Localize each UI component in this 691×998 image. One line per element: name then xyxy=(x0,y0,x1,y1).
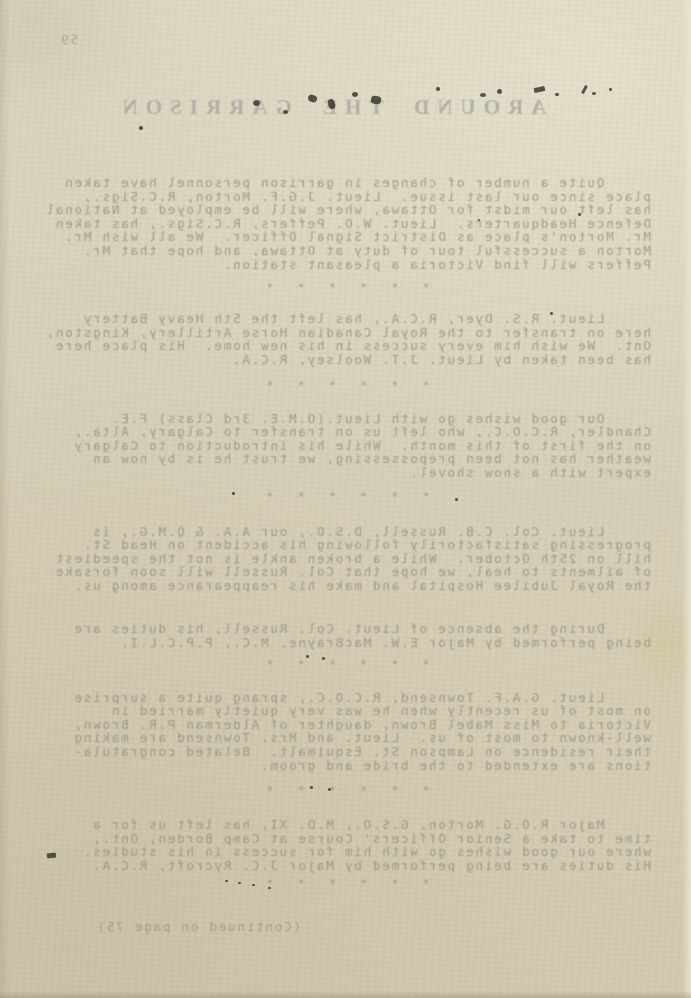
ink-speck xyxy=(139,126,143,130)
ink-speck xyxy=(478,219,480,221)
section-separator: * * * * * * xyxy=(36,786,651,796)
ink-speck xyxy=(455,498,458,501)
ink-speck xyxy=(306,655,309,658)
ink-speck xyxy=(370,95,381,104)
ink-speck xyxy=(310,786,313,789)
ink-speck xyxy=(225,880,228,882)
ink-speck xyxy=(238,882,241,884)
ink-speck xyxy=(328,788,331,791)
body-paragraph: Quite a number of changes in garrison pe… xyxy=(36,176,651,271)
page-number: 59 xyxy=(60,32,78,47)
ink-speck xyxy=(322,657,325,660)
ink-speck xyxy=(550,312,553,315)
ink-speck xyxy=(47,853,56,859)
paper-edge-highlight xyxy=(682,0,691,998)
body-paragraph: Major R.O.G. Morton, G.S.O., M.D. XI, ha… xyxy=(36,818,651,872)
ink-speck xyxy=(436,87,440,91)
continuation-note: (Continued on page 75) xyxy=(36,919,301,934)
ink-speck xyxy=(609,88,612,91)
bleed-through-layer: 59 AROUND THE GARRISON Quite a number of… xyxy=(0,0,691,998)
section-separator: * * * * * * xyxy=(36,492,651,502)
ink-speck xyxy=(497,89,502,94)
ink-speck xyxy=(352,92,358,97)
section-separator: * * * * * * xyxy=(36,879,651,889)
body-paragraph: Lieut. R.S. Dyer, R.C.A., has left the 5… xyxy=(36,312,651,366)
ink-speck xyxy=(592,92,596,95)
body-paragraph: Our good wishes go with Lieut.(O.M.E. 3r… xyxy=(36,412,651,480)
ink-speck xyxy=(253,100,260,106)
document-page: 59 AROUND THE GARRISON Quite a number of… xyxy=(0,0,691,998)
body-paragraph: Lieut. Col. C.B. Russell, D.S.O., our A.… xyxy=(36,525,651,593)
ink-speck xyxy=(283,110,288,114)
section-separator: * * * * * * xyxy=(36,381,651,391)
body-paragraph: Lieut. G.A.F. Townsend, R.C.O.C., sprang… xyxy=(36,691,651,773)
ink-speck xyxy=(232,492,235,495)
paper-edge-shadow xyxy=(0,0,10,998)
body-paragraph: During the absence of Lieut. Col. Russel… xyxy=(36,622,651,649)
ink-speck xyxy=(578,213,581,216)
ink-speck xyxy=(480,93,486,97)
ink-speck xyxy=(252,884,255,886)
ink-speck xyxy=(268,887,271,889)
section-separator: * * * * * * xyxy=(36,660,651,670)
section-separator: * * * * * * xyxy=(36,283,651,293)
ink-speck xyxy=(555,93,559,96)
paper-edge-shadow xyxy=(0,991,691,998)
